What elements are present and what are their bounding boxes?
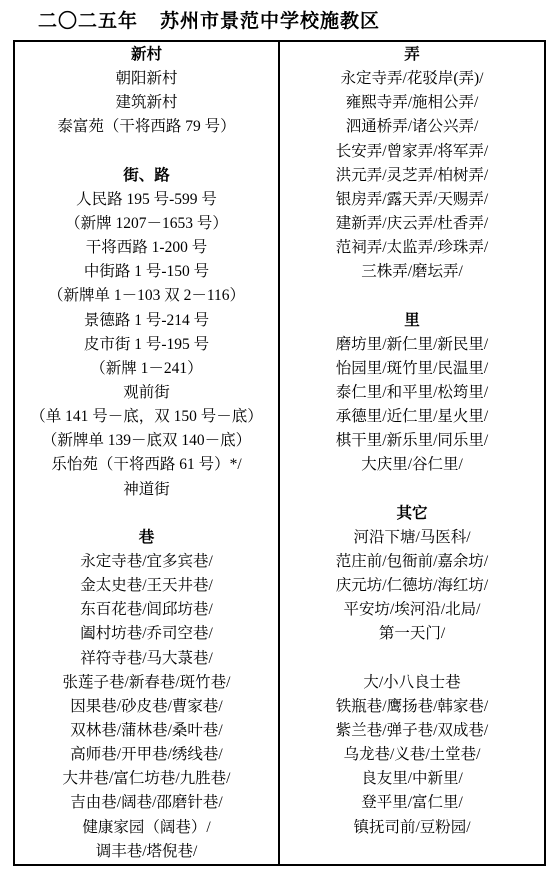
entry-line: 张莲子巷/新春巷/斑竹巷/ — [15, 671, 278, 695]
entry-line: 景德路 1 号-214 号 — [15, 309, 278, 333]
entry-line: 泰富苑（干将西路 79 号） — [15, 115, 278, 139]
entry-line: 登平里/富仁里/ — [280, 791, 544, 815]
section-spacer — [15, 140, 278, 164]
section-spacer — [15, 502, 278, 526]
entry-line: 泗通桥弄/诸公兴弄/ — [280, 115, 544, 139]
entry-line: 长安弄/曾家弄/将军弄/ — [280, 140, 544, 164]
entry-line: 雍熙寺弄/施相公弄/ — [280, 91, 544, 115]
entry-line: 洪元弄/灵芝弄/柏树弄/ — [280, 164, 544, 188]
entry-line: 乐怡苑（干将西路 61 号）*/ — [15, 453, 278, 477]
entry-line: 干将西路 1-200 号 — [15, 236, 278, 260]
entry-line: 祥符寺巷/马大菉巷/ — [15, 647, 278, 671]
entry-line: （新牌 1－241） — [15, 357, 278, 381]
section-spacer — [280, 284, 544, 308]
entry-line: 中街路 1 号-150 号 — [15, 260, 278, 284]
left-column: 新村朝阳新村建筑新村泰富苑（干将西路 79 号）街、路人民路 195 号-599… — [15, 42, 280, 864]
entry-line: 金太史巷/王天井巷/ — [15, 574, 278, 598]
entry-line: 高师巷/开甲巷/绣线巷/ — [15, 743, 278, 767]
entry-line: 怡园里/斑竹里/民温里/ — [280, 357, 544, 381]
entry-line: 人民路 195 号-599 号 — [15, 188, 278, 212]
section-header: 其它 — [280, 502, 544, 526]
entry-line: 磨坊里/新仁里/新民里/ — [280, 333, 544, 357]
section-header: 街、路 — [15, 164, 278, 188]
entry-line: （新牌单 1－103 双 2－116） — [15, 284, 278, 308]
section-header: 新村 — [15, 43, 278, 67]
entry-line: 棋干里/新乐里/同乐里/ — [280, 429, 544, 453]
entry-line: 范祠弄/太监弄/珍珠弄/ — [280, 236, 544, 260]
entry-line: 神道街 — [15, 478, 278, 502]
district-table: 新村朝阳新村建筑新村泰富苑（干将西路 79 号）街、路人民路 195 号-599… — [13, 40, 546, 866]
entry-line: 平安坊/埃河沿/北局/ — [280, 598, 544, 622]
entry-line: 永定寺弄/花驳岸(弄)/ — [280, 67, 544, 91]
section-header: 巷 — [15, 526, 278, 550]
entry-line: 吉由巷/阔巷/邵磨针巷/ — [15, 791, 278, 815]
entry-line: 健康家园（阔巷）/ — [15, 816, 278, 840]
entry-line: 范庄前/包衙前/嘉余坊/ — [280, 550, 544, 574]
entry-line: 大井巷/富仁坊巷/九胜巷/ — [15, 767, 278, 791]
entry-line: 建筑新村 — [15, 91, 278, 115]
entry-line: 良友里/中新里/ — [280, 767, 544, 791]
entry-line: 观前街 — [15, 381, 278, 405]
section-header: 弄 — [280, 43, 544, 67]
entry-line: 永定寺巷/宜多宾巷/ — [15, 550, 278, 574]
entry-line: 银房弄/露天弄/天赐弄/ — [280, 188, 544, 212]
entry-line: 双林巷/蒲林巷/桑叶巷/ — [15, 719, 278, 743]
entry-line: （单 141 号－底，双 150 号－底） — [15, 405, 278, 429]
entry-line: 庆元坊/仁德坊/海红坊/ — [280, 574, 544, 598]
entry-line: 紫兰巷/弹子巷/双成巷/ — [280, 719, 544, 743]
entry-line: 铁瓶巷/鹰扬巷/韩家巷/ — [280, 695, 544, 719]
entry-line: 调丰巷/塔倪巷/ — [15, 840, 278, 864]
entry-line: 泰仁里/和平里/松筠里/ — [280, 381, 544, 405]
entry-line: 第一天门/ — [280, 622, 544, 646]
entry-line: 建新弄/庆云弄/杜香弄/ — [280, 212, 544, 236]
section-header: 里 — [280, 309, 544, 333]
entry-line: 大庆里/谷仁里/ — [280, 453, 544, 477]
right-column: 弄永定寺弄/花驳岸(弄)/雍熙寺弄/施相公弄/泗通桥弄/诸公兴弄/长安弄/曾家弄… — [280, 42, 544, 864]
entry-line: 朝阳新村 — [15, 67, 278, 91]
entry-line: 东百花巷/闾邱坊巷/ — [15, 598, 278, 622]
entry-line: 因果巷/砂皮巷/曹家巷/ — [15, 695, 278, 719]
title-school: 苏州市景范中学校施教区 — [160, 11, 380, 32]
section-spacer — [280, 647, 544, 671]
entry-line: （新牌 1207－1653 号） — [15, 212, 278, 236]
entry-line: 三株弄/磨坛弄/ — [280, 260, 544, 284]
entry-line: 镇抚司前/豆粉园/ — [280, 816, 544, 840]
page-title: 二〇二五年苏州市景范中学校施教区 — [38, 6, 380, 33]
entry-line: 阖村坊巷/乔司空巷/ — [15, 622, 278, 646]
entry-line: 乌龙巷/义巷/土堂巷/ — [280, 743, 544, 767]
entry-line: 河沿下塘/马医科/ — [280, 526, 544, 550]
entry-line: 大/小八良士巷 — [280, 671, 544, 695]
entry-line: 皮市街 1 号-195 号 — [15, 333, 278, 357]
title-year: 二〇二五年 — [38, 11, 138, 32]
entry-line: 承德里/近仁里/星火里/ — [280, 405, 544, 429]
section-spacer — [280, 478, 544, 502]
entry-line: （新牌单 139－底双 140－底） — [15, 429, 278, 453]
